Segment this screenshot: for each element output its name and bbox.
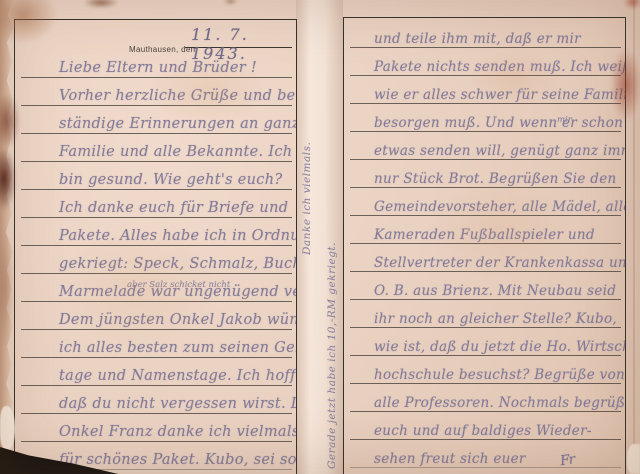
stain <box>84 0 118 8</box>
handwritten-line: O. B. aus Brienz. Mit Neubau seid <box>350 271 621 300</box>
handwritten-line: Familie und alle Bekannte. Ich <box>21 133 292 162</box>
handwritten-line: daß du nicht vergessen wirst. Dem <box>21 385 292 414</box>
line-text: Kameraden Fußballspieler und <box>350 227 595 243</box>
line-text: und teile ihm mit, daß er mir <box>350 31 581 47</box>
handwritten-line: sehen freut sich euer Fr <box>350 439 621 468</box>
line-text: gekriegt: Speck, Schmalz, Buchten; <box>21 256 297 273</box>
handwritten-line: bin gesund. Wie geht's euch? <box>21 161 292 190</box>
signature-flourish: Fr <box>535 451 575 472</box>
line-text: bin gesund. Wie geht's euch? <box>21 172 282 189</box>
line-text: wie er alles schwer für seine Familie <box>350 87 626 103</box>
interline-insertion: mir <box>557 115 572 125</box>
handwritten-line: besorgen muß. Und wenn er schon <box>350 103 621 132</box>
handwritten-line: Gemeindevorsteher, alle Mädel, alle <box>350 187 621 216</box>
handwritten-line: Pakete. Alles habe ich in Ordnung <box>21 217 292 246</box>
line-text: Ich danke euch für Briefe und <box>21 200 288 217</box>
line-text: ich alles besten zum seinen Geburts- <box>21 340 297 357</box>
line-text: Liebe Eltern und Brüder ! <box>21 60 257 77</box>
margin-note-rotated: Danke ich vielmals. <box>301 142 313 255</box>
handwritten-line: Ich danke euch für Briefe und <box>21 189 292 218</box>
line-text: sehen freut sich euer <box>350 451 526 467</box>
line-text: daß du nicht vergessen wirst. Dem <box>21 396 297 413</box>
line-text: euch und auf baldiges Wieder- <box>350 423 592 439</box>
handwritten-line: Dem jüngsten Onkel Jakob wünsche <box>21 301 292 330</box>
handwritten-line: gekriegt: Speck, Schmalz, Buchten; <box>21 245 292 274</box>
handwritten-line: hochschule besuchst? Begrüße von mir <box>350 355 621 384</box>
torn-paper-flap <box>0 406 15 450</box>
handwritten-line: nur Stück Brot. Begrüßen Sie den <box>350 159 621 188</box>
line-text: Familie und alle Bekannte. Ich <box>21 144 292 161</box>
line-text: Gemeindevorsteher, alle Mädel, alle <box>350 199 626 215</box>
handwritten-line: Liebe Eltern und Brüder ! <box>21 49 292 78</box>
handwritten-line: ständige Erinnerungen an ganze <box>21 105 292 134</box>
handwritten-line: ihr noch an gleicher Stelle? Kubo, <box>350 299 621 328</box>
handwritten-line: wie ist, daß du jetzt die Ho. Wirtschaft… <box>350 327 621 356</box>
stain <box>624 0 640 9</box>
handwritten-line: ich alles besten zum seinen Geburts- <box>21 329 292 358</box>
line-text: wie ist, daß du jetzt die Ho. Wirtschaft… <box>350 339 626 355</box>
line-text: Stellvertreter der Krankenkassa und <box>350 255 626 271</box>
line-text: Vorher herzliche Grüße und be- <box>21 88 297 105</box>
margin-note-rotated: Gerade jetzt habe ich 10,-RM gekriegt. <box>326 242 338 469</box>
handwritten-line: etwas senden will, genügt ganz immer <box>350 131 621 160</box>
line-text: nur Stück Brot. Begrüßen Sie den <box>350 171 617 187</box>
handwritten-line: euch und auf baldiges Wieder- <box>350 411 621 440</box>
corner-chip <box>627 444 640 474</box>
letter-scan: Mauthausen, den 11. 7. 1943. Liebe Elter… <box>0 0 640 474</box>
page-left: Mauthausen, den 11. 7. 1943. Liebe Elter… <box>14 19 297 474</box>
handwritten-line: Onkel Franz danke ich vielmals <box>21 413 292 442</box>
stain <box>224 0 237 5</box>
line-text: ständige Erinnerungen an ganze <box>21 116 297 133</box>
torn-left-edge <box>0 0 14 474</box>
line-text: O. B. aus Brienz. Mit Neubau seid <box>350 283 616 299</box>
handwritten-line: alle Professoren. Nochmals begrüßt <box>350 383 621 412</box>
line-text: Dem jüngsten Onkel Jakob wünsche <box>21 312 297 329</box>
handwritten-line: wie er alles schwer für seine Familie <box>350 75 621 104</box>
right-paper-edge <box>633 0 635 474</box>
page-right: und teile ihm mit, daß er mir Pakete nic… <box>343 17 626 474</box>
line-text: etwas senden will, genügt ganz immer <box>350 143 626 159</box>
handwritten-line: Vorher herzliche Grüße und be- <box>21 77 292 106</box>
handwritten-line: tage und Namenstage. Ich hoffe, <box>21 357 292 386</box>
line-text: hochschule besuchst? Begrüße von mir <box>350 367 626 383</box>
handwritten-line: Kameraden Fußballspieler und <box>350 215 621 244</box>
interline-insertion: aber Salz schicket nicht <box>127 280 230 290</box>
line-text: Pakete nichts senden muß. Ich weiß, <box>350 59 626 75</box>
line-text: tage und Namenstage. Ich hoffe, <box>21 368 297 385</box>
line-text: Pakete. Alles habe ich in Ordnung <box>21 228 297 245</box>
handwritten-line: Stellvertreter der Krankenkassa und <box>350 243 621 272</box>
line-text: ihr noch an gleicher Stelle? Kubo, <box>350 311 617 327</box>
handwritten-line: Pakete nichts senden muß. Ich weiß, <box>350 47 621 76</box>
line-text: Onkel Franz danke ich vielmals <box>21 424 297 441</box>
handwritten-line: und teile ihm mit, daß er mir <box>350 19 621 48</box>
line-text: alle Professoren. Nochmals begrüßt <box>350 395 626 411</box>
line-text: besorgen muß. Und wenn er schon <box>350 115 623 131</box>
